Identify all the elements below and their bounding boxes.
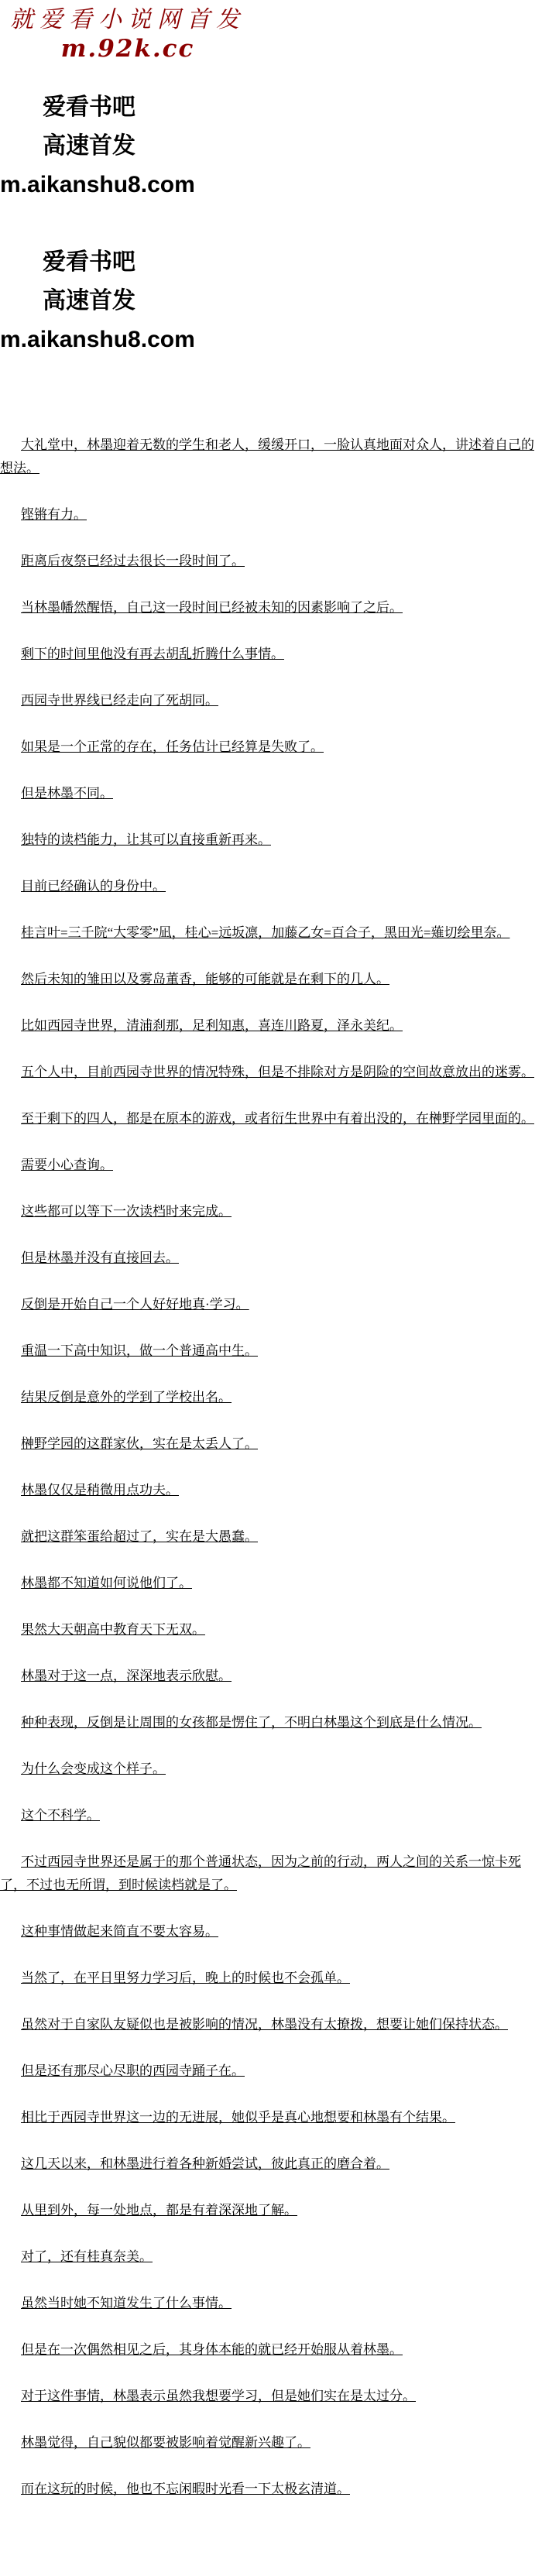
paragraph: 对了，还有桂真奈美。: [0, 2245, 536, 2269]
paragraph: 相比于西园寺世界这一边的无进展，她似乎是真心地想要和林墨有个结果。: [0, 2106, 536, 2129]
paragraph: 大礼堂中，林墨迎着无数的学生和老人，缓缓开口，一脸认真地面对众人，讲述着自己的想…: [0, 434, 536, 480]
paragraph: 不过西园寺世界还是属于的那个普通状态，因为之前的行动，两人之间的关系一惊卡死了，…: [0, 1851, 536, 1897]
promo-tagline: 高速首发: [43, 282, 542, 321]
paragraph: 就把这群笨蛋给超过了，实在是大愚蠢。: [0, 1525, 536, 1549]
paragraph: 铿锵有力。: [0, 503, 536, 527]
paragraph: 但是林墨并没有直接回去。: [0, 1247, 536, 1270]
paragraph: 比如西园寺世界，清浦刹那，足利知惠，喜连川路夏，泽永美纪。: [0, 1014, 536, 1038]
paragraph: 当林墨幡然醒悟，自己这一段时间已经被未知的因素影响了之后。: [0, 596, 536, 619]
paragraph: 虽然当时她不知道发生了什么事情。: [0, 2292, 536, 2315]
paragraph: 反倒是开始自己一个人好好地真·学习。: [0, 1293, 536, 1316]
paragraph: 虽然对于自家队友疑似也是被影响的情况，林墨没有太撩拨，想要让她们保持状态。: [0, 2013, 536, 2036]
paragraph: 从里到外，每一处地点，都是有着深深地了解。: [0, 2199, 536, 2222]
watermark-site-name: 就爱看小说网首发: [0, 5, 256, 36]
promo-site-url: m.aikanshu8.com: [0, 166, 542, 204]
paragraph: 这种事情做起来简直不要太容易。: [0, 1920, 536, 1943]
paragraph: 林墨仅仅是稍微用点功夫。: [0, 1479, 536, 1502]
paragraph: 这个不科学。: [0, 1804, 536, 1827]
paragraph: 重温一下高中知识，做一个普通高中生。: [0, 1339, 536, 1363]
paragraph: 但是林墨不同。: [0, 782, 536, 805]
paragraph: 桂言叶=三千院“大零零”凪，桂心=远坂凛，加藤乙女=百合子，黑田光=薙切绘里奈。: [0, 921, 536, 945]
paragraph: 当然了，在平日里努力学习后，晚上的时候也不会孤单。: [0, 1967, 536, 1990]
promo-block-2: 爱看书吧 高速首发 m.aikanshu8.com: [0, 243, 542, 359]
novel-text: 大礼堂中，林墨迎着无数的学生和老人，缓缓开口，一脸认真地面对众人，讲述着自己的想…: [0, 434, 542, 2501]
paragraph: 但是在一次偶然相见之后，其身体本能的就已经开始服从着林墨。: [0, 2338, 536, 2362]
promo-site-name: 爱看书吧: [43, 243, 542, 282]
paragraph: 对于这件事情，林墨表示虽然我想要学习，但是她们实在是太过分。: [0, 2385, 536, 2408]
paragraph: 西园寺世界线已经走向了死胡同。: [0, 689, 536, 712]
promo-tagline: 高速首发: [43, 127, 542, 166]
watermark-site-url: m.92k.cc: [0, 36, 256, 62]
paragraph: 但是还有那尽心尽职的西园寺踊子在。: [0, 2060, 536, 2083]
paragraph: 至于剩下的四人，都是在原本的游戏，或者衍生世界中有着出没的，在榊野学园里面的。: [0, 1107, 536, 1130]
paragraph: 独特的读档能力，让其可以直接重新再来。: [0, 828, 536, 852]
paragraph: 这些都可以等下一次读档时来完成。: [0, 1200, 536, 1223]
paragraph: 结果反倒是意外的学到了学校出名。: [0, 1386, 536, 1409]
paragraph: 林墨都不知道如何说他们了。: [0, 1572, 536, 1595]
paragraph: 为什么会变成这个样子。: [0, 1758, 536, 1781]
paragraph: 林墨对于这一点，深深地表示欣慰。: [0, 1665, 536, 1688]
paragraph: 林墨觉得，自己貌似都要被影响着觉醒新兴趣了。: [0, 2431, 536, 2454]
promo-block-1: 爱看书吧 高速首发 m.aikanshu8.com: [0, 88, 542, 204]
promo-site-url: m.aikanshu8.com: [0, 321, 542, 359]
paragraph: 果然大天朝高中教育天下无双。: [0, 1618, 536, 1641]
site-watermark: 就爱看小说网首发 m.92k.cc: [0, 0, 256, 62]
paragraph: 距离后夜祭已经过去很长一段时间了。: [0, 550, 536, 573]
paragraph: 目前已经确认的身份中。: [0, 875, 536, 898]
paragraph: 需要小心查询。: [0, 1154, 536, 1177]
promo-site-name: 爱看书吧: [43, 88, 542, 127]
paragraph: 剩下的时间里他没有再去胡乱折腾什么事情。: [0, 643, 536, 666]
paragraph: 种种表现，反倒是让周围的女孩都是愣住了，不明白林墨这个到底是什么情况。: [0, 1711, 536, 1734]
paragraph: 这几天以来，和林墨进行着各种新婚尝试，彼此真正的磨合着。: [0, 2152, 536, 2176]
paragraph: 而在这玩的时候，他也不忘闲暇时光看一下太极玄清道。: [0, 2478, 536, 2501]
paragraph: 然后未知的雏田以及雾岛董香，能够的可能就是在剩下的几人。: [0, 968, 536, 991]
paragraph: 榊野学园的这群家伙，实在是太丢人了。: [0, 1432, 536, 1456]
paragraph: 如果是一个正常的存在，任务估计已经算是失败了。: [0, 736, 536, 759]
paragraph: 五个人中，目前西园寺世界的情况特殊，但是不排除对方是阴险的空间故意放出的迷雾。: [0, 1061, 536, 1084]
